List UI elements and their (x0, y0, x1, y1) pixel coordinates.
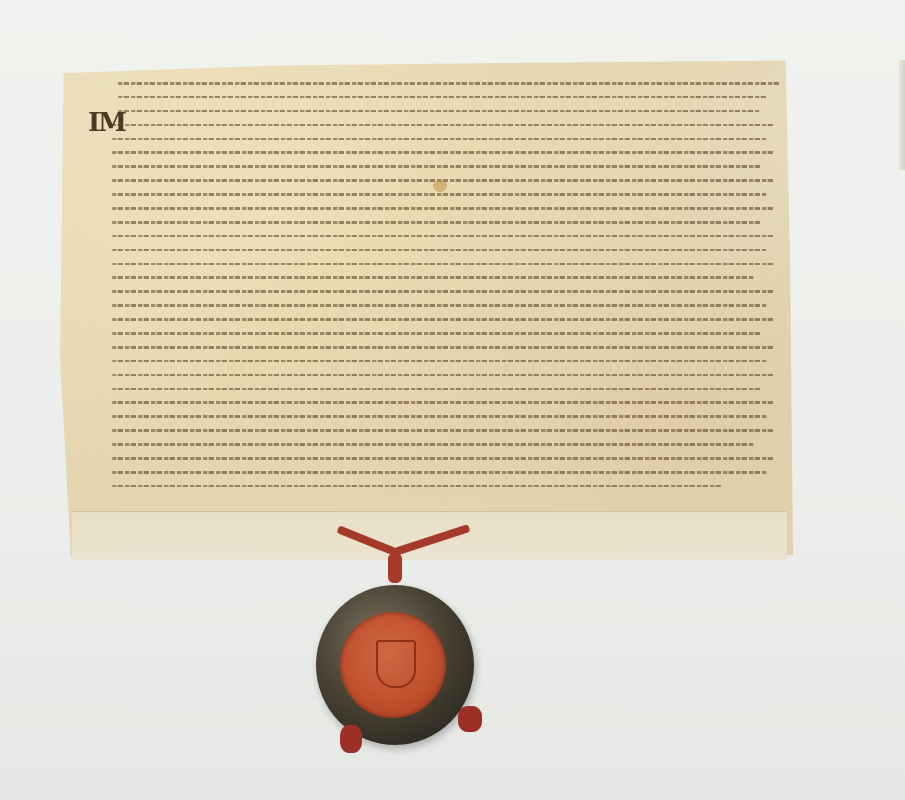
manuscript-text (118, 82, 780, 522)
coat-of-arms-shield-icon (376, 640, 416, 688)
adjacent-document-edge (899, 60, 905, 170)
cord-tassel-right (458, 706, 482, 732)
seal-cord-knot (388, 553, 402, 583)
parchment-stain (433, 180, 447, 192)
cord-tassel-left (340, 725, 362, 753)
illuminated-initial: ІМ (88, 108, 114, 138)
